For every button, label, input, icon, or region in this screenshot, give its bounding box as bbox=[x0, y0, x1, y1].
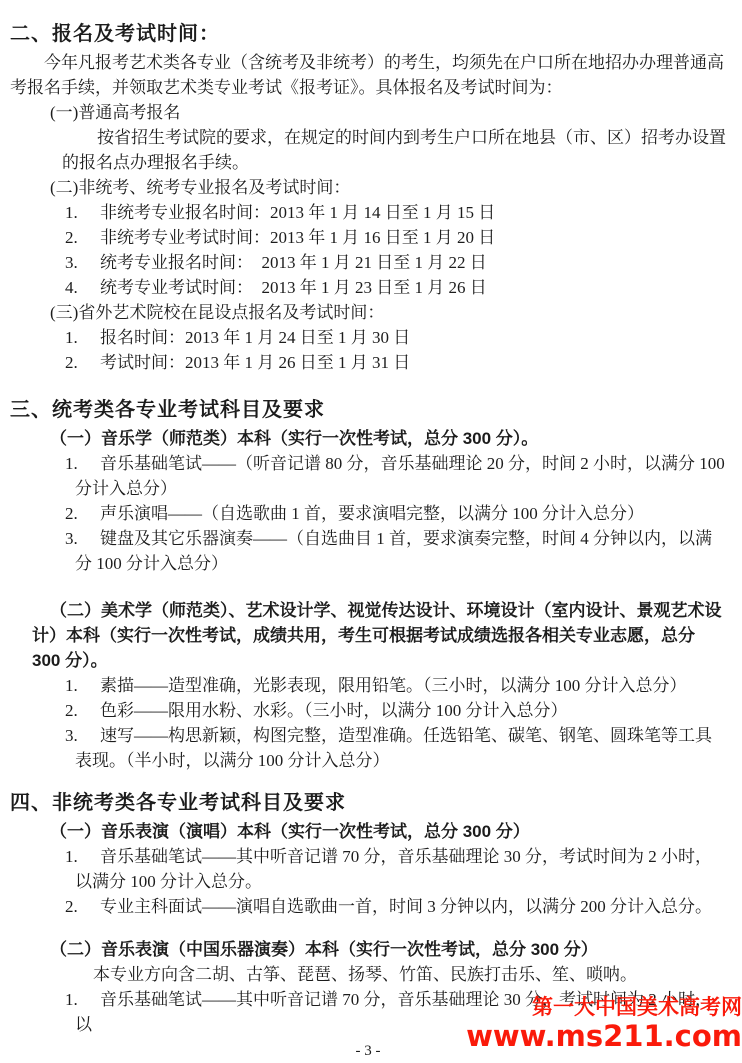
list-item-number: 3. bbox=[65, 250, 100, 275]
section-2-intro-paragraph: 今年凡报考艺术类各专业（含统考及非统考）的考生，均须先在户口所在地招办办理普通高… bbox=[10, 50, 726, 100]
list-item: 1.报名时间：2013 年 1 月 24 日至 1 月 30 日 bbox=[75, 325, 726, 350]
section-3-heading: 三、统考类各专业考试科目及要求 bbox=[10, 394, 726, 426]
list-item-text: 音乐基础笔试——其中听音记谱 70 分，音乐基础理论 30 分，考试时间为 2 … bbox=[75, 847, 712, 891]
list-item-number: 1. bbox=[65, 325, 100, 350]
section-4-heading: 四、非统考类各专业考试科目及要求 bbox=[10, 787, 726, 819]
list-item: 1.素描——造型准确，光影表现，限用铅笔。（三小时，以满分 100 分计入总分） bbox=[75, 673, 726, 698]
list-item: 2.声乐演唱——（自选歌曲 1 首，要求演唱完整，以满分 100 分计入总分） bbox=[75, 501, 726, 526]
list-item-text: 非统考专业考试时间：2013 年 1 月 16 日至 1 月 20 日 bbox=[100, 228, 495, 247]
list-item: 1.音乐基础笔试——（听音记谱 80 分，音乐基础理论 20 分，时间 2 小时… bbox=[75, 451, 726, 501]
list-item: 2.非统考专业考试时间：2013 年 1 月 16 日至 1 月 20 日 bbox=[75, 225, 726, 250]
section-4-group-2-title: （二）音乐表演（中国乐器演奏）本科（实行一次性考试，总分 300 分） bbox=[50, 937, 726, 962]
list-item-number: 2. bbox=[65, 894, 100, 919]
list-item: 2.色彩——限用水粉、水彩。（三小时，以满分 100 分计入总分） bbox=[75, 698, 726, 723]
list-item-number: 2. bbox=[65, 350, 100, 375]
section-4-group-1-title: （一）音乐表演（演唱）本科（实行一次性考试，总分 300 分） bbox=[50, 819, 726, 844]
list-item-number: 1. bbox=[65, 673, 100, 698]
list-item-text: 专业主科面试——演唱自选歌曲一首，时间 3 分钟以内，以满分 200 分计入总分… bbox=[100, 897, 712, 916]
section-2-heading: 二、报名及考试时间： bbox=[10, 18, 726, 50]
section-4-group-2-note: 本专业方向含二胡、古筝、琵琶、扬琴、竹笛、民族打击乐、笙、唢呐。 bbox=[93, 962, 726, 987]
list-item-text: 统考专业报名时间： 2013 年 1 月 21 日至 1 月 22 日 bbox=[100, 253, 487, 272]
list-item-text: 考试时间：2013 年 1 月 26 日至 1 月 31 日 bbox=[100, 353, 410, 372]
list-item-text: 速写——构思新颖，构图完整，造型准确。任选铅笔、碳笔、钢笔、圆珠笔等工具表现。（… bbox=[75, 726, 712, 770]
page-number: - 3 - bbox=[10, 1041, 726, 1061]
list-item-number: 2. bbox=[65, 225, 100, 250]
section-2-sub3-title: (三)省外艺术院校在昆设点报名及考试时间： bbox=[50, 300, 726, 325]
list-item-text: 音乐基础笔试——其中听音记谱 70 分，音乐基础理论 30 分，考试时间为 2 … bbox=[75, 990, 712, 1034]
list-item-number: 4. bbox=[65, 275, 100, 300]
list-item: 1.音乐基础笔试——其中听音记谱 70 分，音乐基础理论 30 分，考试时间为 … bbox=[75, 844, 726, 894]
list-item-number: 1. bbox=[65, 844, 100, 869]
list-item-number: 2. bbox=[65, 501, 100, 526]
section-2-sub1-body: 按省招生考试院的要求，在规定的时间内到考生户口所在地县（市、区）招考办设置的报名… bbox=[62, 125, 726, 175]
list-item-number: 1. bbox=[65, 987, 100, 1012]
section-3-group-1-title: （一）音乐学（师范类）本科（实行一次性考试，总分 300 分）。 bbox=[50, 426, 726, 451]
list-item-text: 统考专业考试时间： 2013 年 1 月 23 日至 1 月 26 日 bbox=[100, 278, 487, 297]
list-item-text: 素描——造型准确，光影表现，限用铅笔。（三小时，以满分 100 分计入总分） bbox=[100, 676, 687, 695]
section-2-sub2-title: (二)非统考、统考专业报名及考试时间： bbox=[50, 175, 726, 200]
list-item: 2.考试时间：2013 年 1 月 26 日至 1 月 31 日 bbox=[75, 350, 726, 375]
list-item: 1.非统考专业报名时间：2013 年 1 月 14 日至 1 月 15 日 bbox=[75, 200, 726, 225]
list-item-number: 1. bbox=[65, 451, 100, 476]
list-item: 2.专业主科面试——演唱自选歌曲一首，时间 3 分钟以内，以满分 200 分计入… bbox=[75, 894, 726, 919]
section-2-sub1-title: (一)普通高考报名 bbox=[50, 100, 726, 125]
list-item: 1.音乐基础笔试——其中听音记谱 70 分，音乐基础理论 30 分，考试时间为 … bbox=[75, 987, 726, 1037]
list-item-text: 非统考专业报名时间：2013 年 1 月 14 日至 1 月 15 日 bbox=[100, 203, 495, 222]
list-item-number: 1. bbox=[65, 200, 100, 225]
list-item-text: 色彩——限用水粉、水彩。（三小时，以满分 100 分计入总分） bbox=[100, 701, 568, 720]
list-item: 3.键盘及其它乐器演奏——（自选曲目 1 首，要求演奏完整，时间 4 分钟以内，… bbox=[75, 526, 726, 576]
list-item-text: 声乐演唱——（自选歌曲 1 首，要求演唱完整，以满分 100 分计入总分） bbox=[100, 504, 644, 523]
section-3-group-2-title: （二）美术学（师范类）、艺术设计学、视觉传达设计、环境设计（室内设计、景观艺术设… bbox=[32, 598, 726, 673]
list-item: 3.统考专业报名时间： 2013 年 1 月 21 日至 1 月 22 日 bbox=[75, 250, 726, 275]
list-item-number: 3. bbox=[65, 723, 100, 748]
list-item-text: 键盘及其它乐器演奏——（自选曲目 1 首，要求演奏完整，时间 4 分钟以内，以满… bbox=[75, 529, 712, 573]
list-item: 3.速写——构思新颖，构图完整，造型准确。任选铅笔、碳笔、钢笔、圆珠笔等工具表现… bbox=[75, 723, 726, 773]
list-item-text: 音乐基础笔试——（听音记谱 80 分，音乐基础理论 20 分，时间 2 小时，以… bbox=[75, 454, 725, 498]
list-item: 4.统考专业考试时间： 2013 年 1 月 23 日至 1 月 26 日 bbox=[75, 275, 726, 300]
document-page: 二、报名及考试时间： 今年凡报考艺术类各专业（含统考及非统考）的考生，均须先在户… bbox=[0, 0, 742, 1061]
list-item-text: 报名时间：2013 年 1 月 24 日至 1 月 30 日 bbox=[100, 328, 410, 347]
list-item-number: 3. bbox=[65, 526, 100, 551]
list-item-number: 2. bbox=[65, 698, 100, 723]
